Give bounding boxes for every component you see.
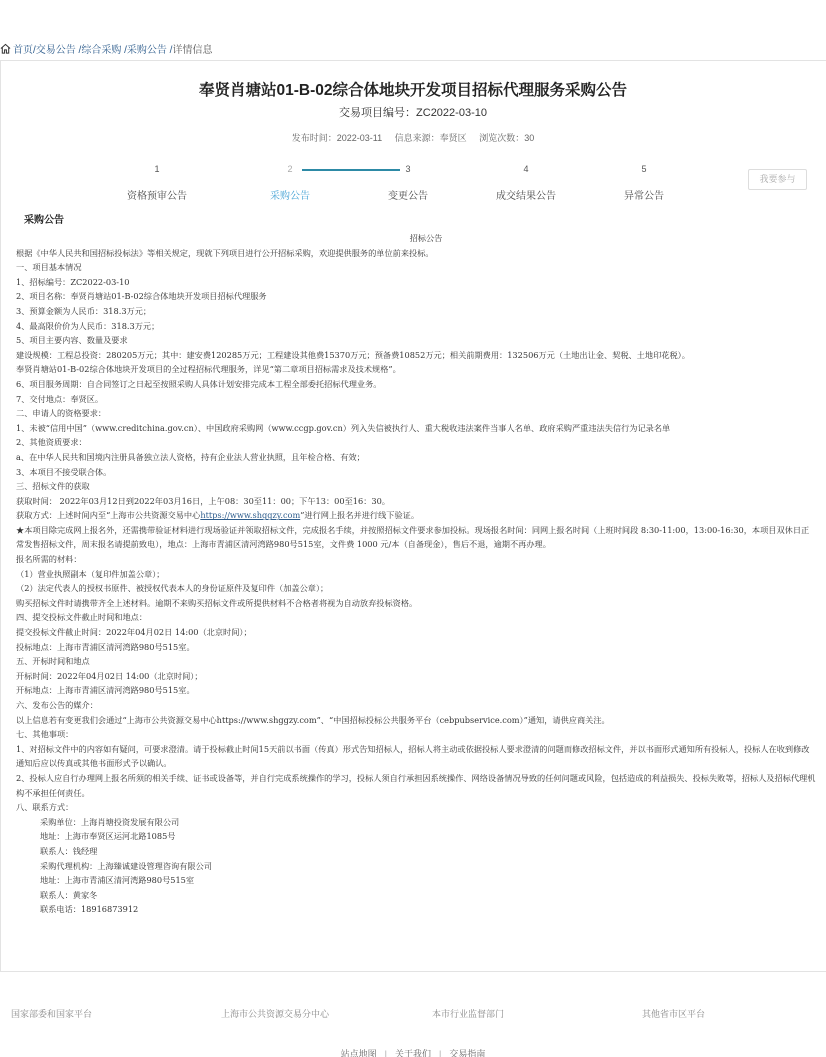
breadcrumb-current: 详情信息 [172,41,212,56]
doc-line: 根据《中华人民共和国招标投标法》等相关规定，现就下列项目进行公开招标采购，欢迎提… [16,246,816,261]
footer-sitemap[interactable]: 站点地图 [341,1049,377,1057]
publish-time: 发布时间：2022-03-11 [292,133,382,143]
doc-line: 一、项目基本情况 [16,260,816,275]
contact-line: 联系人：黄家冬 [16,888,816,903]
doc-line: 1、招标编号：ZC2022-03-10 [16,275,816,290]
meta-info: 发布时间：2022-03-11 信息来源：奉贤区 浏览次数：30 [0,131,826,144]
doc-line: 2、其他资质要求： [16,435,816,450]
doc-line: （2）法定代表人的授权书原件、被授权代表本人的身份证原件及复印件（加盖公章）； [16,581,816,596]
footer-guide[interactable]: 交易指南 [449,1049,485,1057]
breadcrumb-trade-notice[interactable]: 交易公告 / [36,41,82,56]
breadcrumb-comprehensive-purchase[interactable]: 综合采购 / [81,41,127,56]
doc-line: 三、招标文件的获取 [16,479,816,494]
doc-line: 7、交付地点：奉贤区。 [16,392,816,407]
doc-line: 提交投标文件截止时间：2022年04月02日 14:00（北京时间）； [16,625,816,640]
doc-heading: 招标公告 [16,231,816,246]
join-button[interactable]: 我要参与 [748,169,807,190]
doc-line: 1、未被“信用中国”（www.creditchina.gov.cn）、中国政府采… [16,421,816,436]
contact-line: 地址：上海市奉贤区运河北路1085号 [16,829,816,844]
doc-line: a、在中华人民共和国境内注册具备独立法人资格，持有企业法人营业执照，且年检合格、… [16,450,816,465]
doc-line: 开标时间：2022年04月02日 14:00（北京时间）； [16,669,816,684]
doc-line: 二、申请人的资格要求： [16,406,816,421]
footer-link-other-provinces[interactable]: 其他省市区平台 [642,1007,705,1020]
contact-line: 采购代理机构：上海臻诚建设管理咨询有限公司 [16,859,816,874]
process-steps: 1 资格预审公告 2 采购公告 3 变更公告 4 成交结果公告 5 异常公告 [0,164,826,204]
doc-line: 以上信息若有变更我们会通过“上海市公共资源交易中心https://www.shg… [16,713,816,728]
doc-line: 报名所需的材料： [16,552,816,567]
contact-line: 联系人：钱经理 [16,844,816,859]
divider: | [439,1049,441,1057]
breadcrumb-home[interactable]: 首页/ [13,41,36,56]
footer-link-shanghai-center[interactable]: 上海市公共资源交易分中心 [221,1007,329,1020]
announcement-body: 招标公告 根据《中华人民共和国招标投标法》等相关规定，现就下列项目进行公开招标采… [16,231,816,917]
section-title: 采购公告 [24,211,64,226]
doc-line: （1）营业执照副本（复印件加盖公章）； [16,567,816,582]
step-prequalification[interactable]: 1 资格预审公告 [97,164,217,202]
step-purchase-notice[interactable]: 2 采购公告 [230,164,350,202]
doc-line: 奉贤肖塘站01-B-02综合体地块开发项目的全过程招标代理服务，详见“第二章项目… [16,362,816,377]
doc-line: 六、发布公告的媒介： [16,698,816,713]
view-count: 浏览次数：30 [479,133,534,143]
doc-line: 2、投标人应自行办理网上报名所须的相关手续、证书或设备等，并自行完成系统操作的学… [16,771,816,800]
doc-line: 购买招标文件时请携带齐全上述材料。逾期不来购买招标文件或所提供材料不合格者将视为… [16,596,816,611]
doc-line: 获取时间： 2022年03月12日到2022年03月16日，上午08：30至11… [16,494,816,509]
doc-line: 八、联系方式： [16,800,816,815]
home-icon[interactable] [0,43,11,54]
doc-line: 七、其他事项： [16,727,816,742]
step-result-notice[interactable]: 4 成交结果公告 [466,164,586,202]
contact-line: 地址：上海市青浦区清河湾路980号515室 [16,873,816,888]
doc-line: 4、最高限价价为人民币：318.3万元； [16,319,816,334]
footer-link-national[interactable]: 国家部委和国家平台 [11,1007,92,1020]
doc-line: 四、提交投标文件截止时间和地点： [16,610,816,625]
doc-line: 建设规模：工程总投资：280205万元；其中：建安费120285万元；工程建设其… [16,348,816,363]
obtain-method: 获取方式：上述时间内至“上海市公共资源交易中心https://www.shggz… [16,508,816,523]
step-abnormal-notice[interactable]: 5 异常公告 [584,164,704,202]
doc-line: 2、项目名称：奉贤肖塘站01-B-02综合体地块开发项目招标代理服务 [16,289,816,304]
breadcrumb-purchase-notice[interactable]: 采购公告 / [127,41,173,56]
breadcrumb: 首页/ 交易公告 / 综合采购 / 采购公告 / 详情信息 [0,41,212,56]
project-number: 交易项目编号：ZC2022-03-10 [0,104,826,120]
doc-line: 3、本项目不接受联合体。 [16,465,816,480]
step-change-notice[interactable]: 3 变更公告 [348,164,468,202]
doc-line: 1、对招标文件中的内容如有疑问，可要求澄清。请于投标截止时间15天前以书面（传真… [16,742,816,771]
doc-line: 投标地点：上海市青浦区清河湾路980号515室。 [16,640,816,655]
doc-line: 3、预算金额为人民币：318.3万元； [16,304,816,319]
doc-line: 6、项目服务周期：自合同签订之日起至按照采购人具体计划安排完成本工程全部委托招标… [16,377,816,392]
footer-link-supervision[interactable]: 本市行业监督部门 [432,1007,504,1020]
footer-about[interactable]: 关于我们 [395,1049,431,1057]
shggzy-link[interactable]: https://www.shggzy.com [200,510,300,520]
doc-line: 开标地点：上海市青浦区清河湾路980号515室。 [16,683,816,698]
contact-line: 采购单位：上海肖塘投资发展有限公司 [16,815,816,830]
footer-bottom: 站点地图|关于我们|交易指南 [0,1047,826,1057]
divider: | [385,1049,387,1057]
doc-line: 五、开标时间和地点 [16,654,816,669]
doc-line: 5、项目主要内容、数量及要求 [16,333,816,348]
star-note: ★本项目除完成网上报名外，还需携带验证材料进行现场验证并领取招标文件，完成报名手… [16,523,816,552]
page-title: 奉贤肖塘站01-B-02综合体地块开发项目招标代理服务采购公告 [0,78,826,100]
info-source: 信息来源：奉贤区 [395,133,467,143]
contact-line: 联系电话：18916873912 [16,902,816,917]
